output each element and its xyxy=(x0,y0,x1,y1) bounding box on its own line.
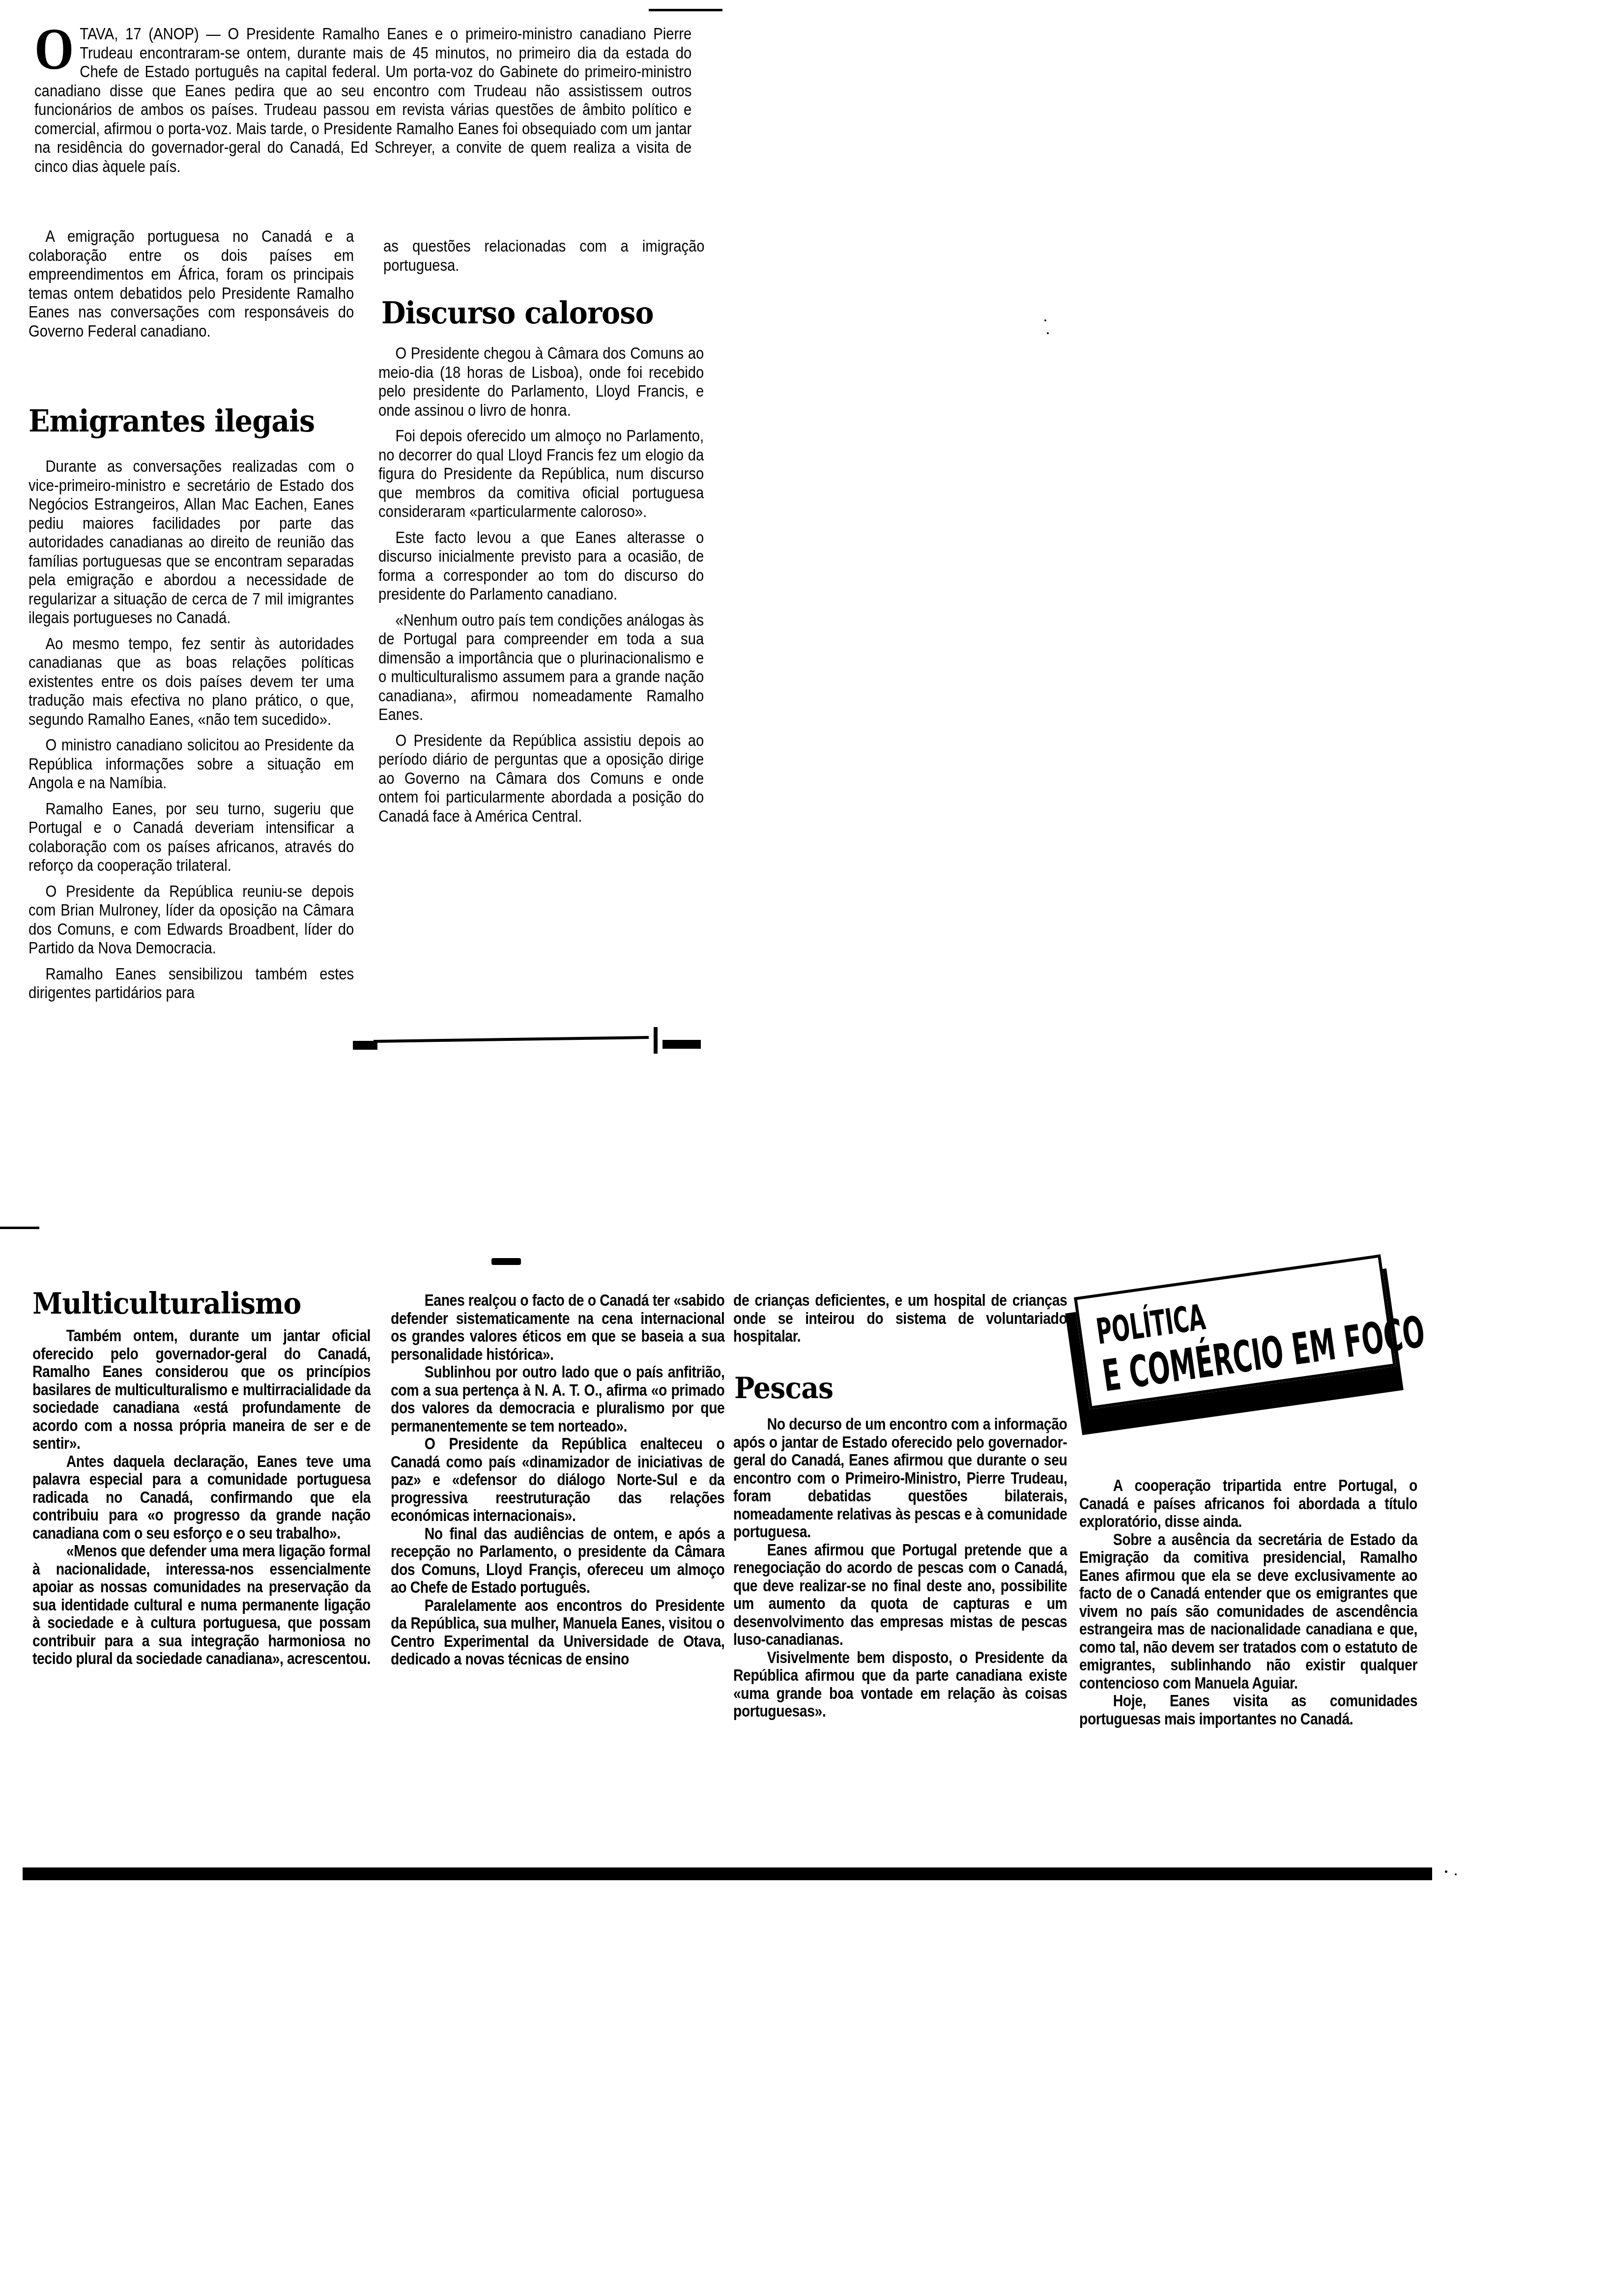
bottom-column-2: Eanes realçou o facto de o Canadá ter «s… xyxy=(391,1291,724,1668)
continuation-paragraph: de crianças deficientes, e um hospital d… xyxy=(733,1291,1067,1346)
heading-discurso-caloroso: Discurso caloroso xyxy=(381,295,654,331)
intro-paragraph: A emigração portuguesa no Canadá e a col… xyxy=(29,227,354,341)
bottom-heavy-rule xyxy=(23,1867,1432,1880)
paragraph: O Presidente da República assistiu depoi… xyxy=(378,731,704,826)
paragraph: Eanes realçou o facto de o Canadá ter «s… xyxy=(391,1291,724,1363)
scan-speck xyxy=(1445,1870,1447,1873)
newspaper-clipping-page: O TAVA, 17 (ANOP) — O Presidente Ramalho… xyxy=(0,0,1612,2296)
dateline-paragraph: O TAVA, 17 (ANOP) — O Presidente Ramalho… xyxy=(34,25,691,176)
paragraph: Também ontem, durante um jantar oficial … xyxy=(32,1327,371,1453)
top-column-2: as questões relacionadas com a imigração… xyxy=(383,237,705,282)
paragraph: A cooperação tripartida entre Portugal, … xyxy=(1079,1477,1417,1531)
top-edge-mark xyxy=(649,9,722,11)
article-end-bar-tick xyxy=(654,1027,658,1054)
paragraph: No decurso de um encontro com a informaç… xyxy=(733,1415,1067,1541)
paragraph: Hoje, Eanes visita as comunidades portug… xyxy=(1079,1692,1417,1728)
paragraph: Paralelamente aos encontros do President… xyxy=(391,1597,724,1668)
paragraph: Sobre a ausência da secretária de Estado… xyxy=(1079,1531,1417,1693)
paragraph: Eanes afirmou que Portugal pretende que … xyxy=(733,1541,1067,1649)
bottom-column-1: Também ontem, durante um jantar oficial … xyxy=(32,1327,371,1668)
drop-cap: O xyxy=(34,26,74,73)
paragraph: Este facto levou a que Eanes alterasse o… xyxy=(378,528,704,604)
scan-speck xyxy=(1455,1873,1457,1875)
bottom-column-3: de crianças deficientes, e um hospital d… xyxy=(733,1291,1067,1346)
heading-emigrantes-ilegais: Emigrantes ilegais xyxy=(29,403,315,439)
article-end-bar-right xyxy=(662,1040,701,1049)
paragraph: O Presidente da República enalteceu o Ca… xyxy=(391,1435,724,1525)
scan-speck xyxy=(1047,332,1049,334)
dateline-text: TAVA, 17 (ANOP) — O Presidente Ramalho E… xyxy=(34,25,691,176)
bottom-column-3-body: No decurso de um encontro com a informaç… xyxy=(733,1415,1067,1721)
bottom-column-4: A cooperação tripartida entre Portugal, … xyxy=(1079,1477,1417,1728)
paragraph: Ramalho Eanes, por seu turno, sugeriu qu… xyxy=(29,800,354,875)
paragraph: Visivelmente bem disposto, o Presidente … xyxy=(733,1649,1067,1721)
paragraph: Antes daquela declaração, Eanes teve uma… xyxy=(32,1453,371,1543)
article-end-bar-line xyxy=(374,1036,649,1043)
paragraph: O Presidente da República reuniu-se depo… xyxy=(29,882,354,958)
top-column-1: A emigração portuguesa no Canadá e a col… xyxy=(29,227,354,347)
column-end-rule xyxy=(0,1227,39,1229)
paragraph: O Presidente chegou à Câmara dos Comuns … xyxy=(378,344,704,420)
paragraph: «Menos que defender uma mera ligação for… xyxy=(32,1542,371,1668)
paragraph: «Nenhum outro país tem condições análoga… xyxy=(378,611,704,724)
politica-comercio-stamp-box: POLÍTICA E COMÉRCIO EM FOCO xyxy=(1074,1251,1423,1429)
top-column-2-body: O Presidente chegou à Câmara dos Comuns … xyxy=(378,344,704,832)
continuation-paragraph: as questões relacionadas com a imigração… xyxy=(383,237,705,275)
paragraph: Foi depois oferecido um almoço no Parlam… xyxy=(378,427,704,521)
paragraph: Ao mesmo tempo, fez sentir às autoridade… xyxy=(29,634,354,729)
paragraph: No final das audiências de ontem, e após… xyxy=(391,1525,724,1597)
paragraph: Sublinhou por outro lado que o país anfi… xyxy=(391,1363,724,1435)
paragraph: Ramalho Eanes sensibilizou também estes … xyxy=(29,965,354,1003)
scan-speck xyxy=(1044,319,1046,321)
paragraph: O ministro canadiano solicitou ao Presid… xyxy=(29,736,354,793)
heading-multiculturalismo: Multiculturalismo xyxy=(32,1287,301,1321)
scan-speck xyxy=(491,1258,521,1265)
paragraph: Durante as conversações realizadas com o… xyxy=(29,457,354,628)
heading-pescas: Pescas xyxy=(734,1371,833,1406)
top-column-1-body: Durante as conversações realizadas com o… xyxy=(29,457,354,1009)
